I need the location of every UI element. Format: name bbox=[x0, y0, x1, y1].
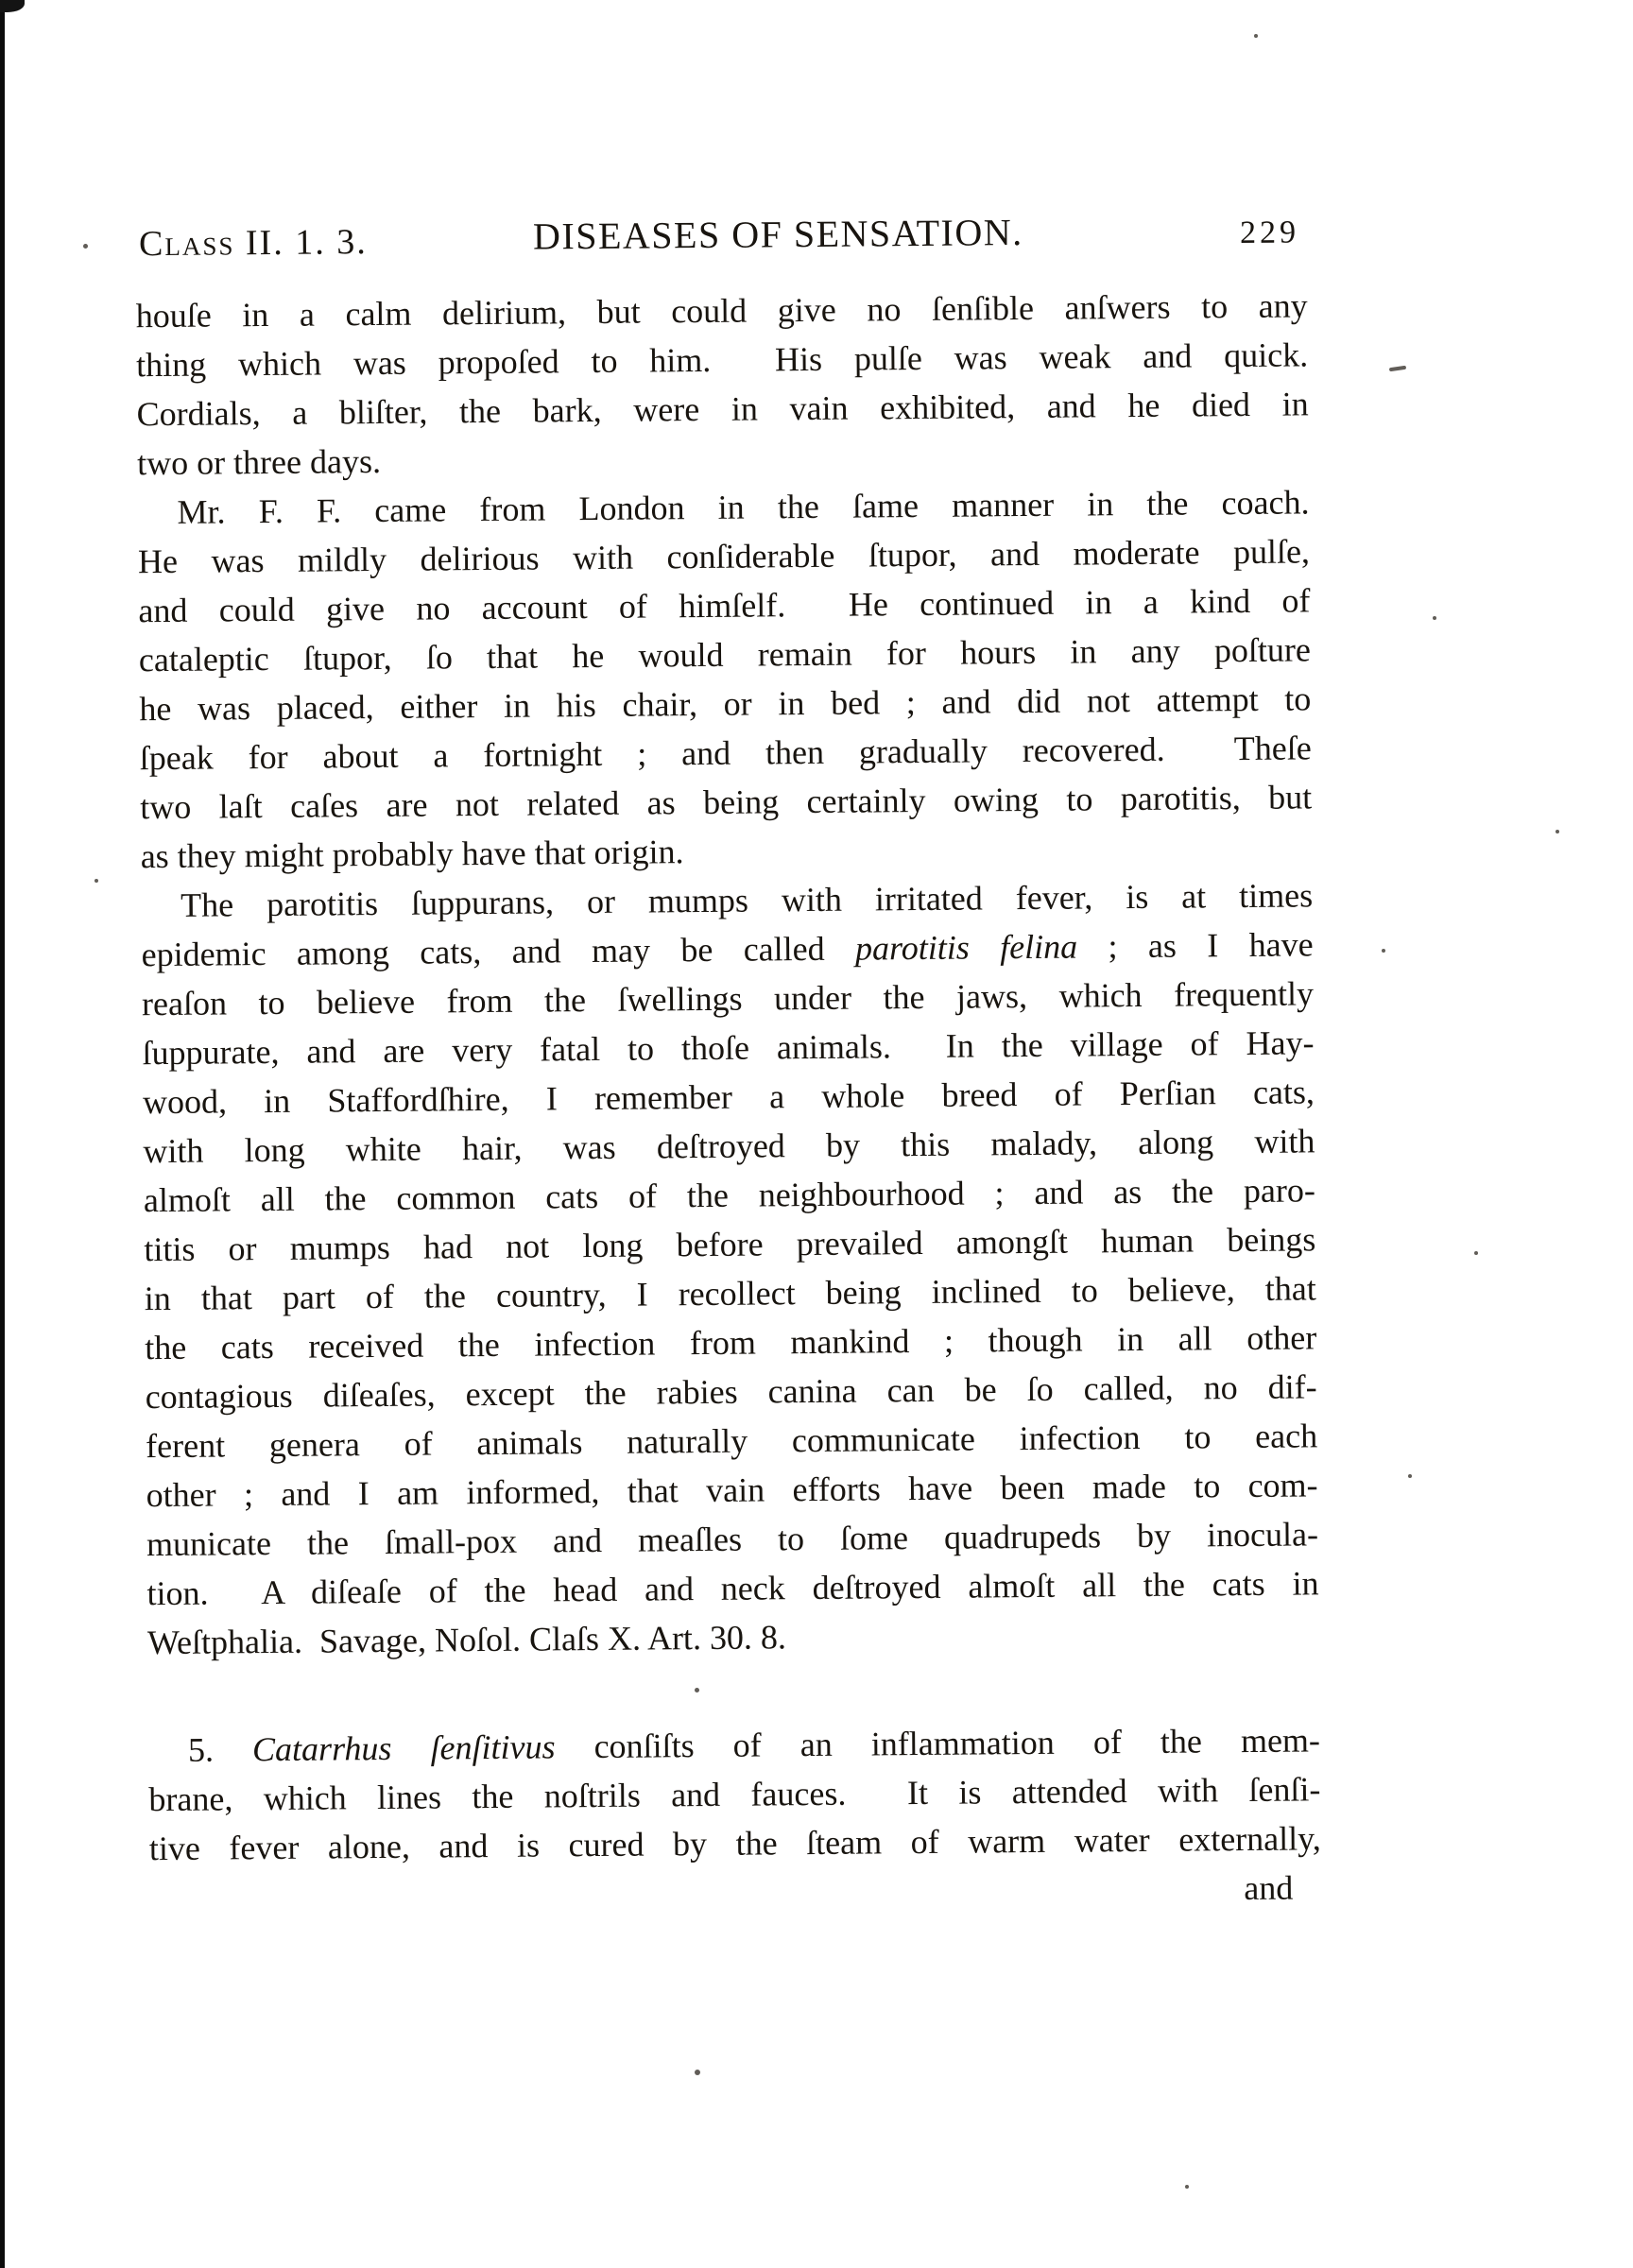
scan-speck bbox=[1254, 34, 1258, 38]
running-header: Class II. 1. 3. DISEASES OF SENSATION. 2… bbox=[135, 207, 1307, 274]
scan-speck bbox=[1433, 616, 1436, 620]
scan-speck bbox=[695, 1688, 699, 1692]
page-number: 229 bbox=[1240, 215, 1299, 251]
text-line: two laſt caſes are not related as being … bbox=[140, 772, 1312, 832]
body-text: houſe in a calm delirium, but could give… bbox=[135, 281, 1321, 1873]
scan-edge bbox=[0, 0, 5, 2268]
scan-speck bbox=[1382, 949, 1385, 953]
text-line: tion. A diſeaſe of the head and neck deſ… bbox=[146, 1558, 1318, 1618]
scan-speck bbox=[1556, 830, 1559, 833]
page-content: Class II. 1. 3. DISEASES OF SENSATION. 2… bbox=[0, 0, 1633, 2268]
scan-speck bbox=[1185, 2185, 1189, 2189]
scan-speck bbox=[95, 879, 98, 883]
scan-speck bbox=[1408, 1474, 1412, 1478]
text-line: Cordials, a bliſter, the bark, were in v… bbox=[136, 379, 1308, 438]
section-label: Class II. 1. 3. bbox=[139, 221, 368, 265]
page-title: DISEASES OF SENSATION. bbox=[533, 210, 1023, 259]
catchword: and bbox=[149, 1863, 1321, 1922]
scan-speck bbox=[83, 244, 88, 249]
text-line: Weſtphalia. Savage, Noſol. Claſs X. Art.… bbox=[147, 1607, 1319, 1667]
scan-speck bbox=[1474, 1251, 1478, 1255]
scanned-page: Class II. 1. 3. DISEASES OF SENSATION. 2… bbox=[0, 0, 1633, 2268]
scan-speck bbox=[695, 2070, 700, 2075]
